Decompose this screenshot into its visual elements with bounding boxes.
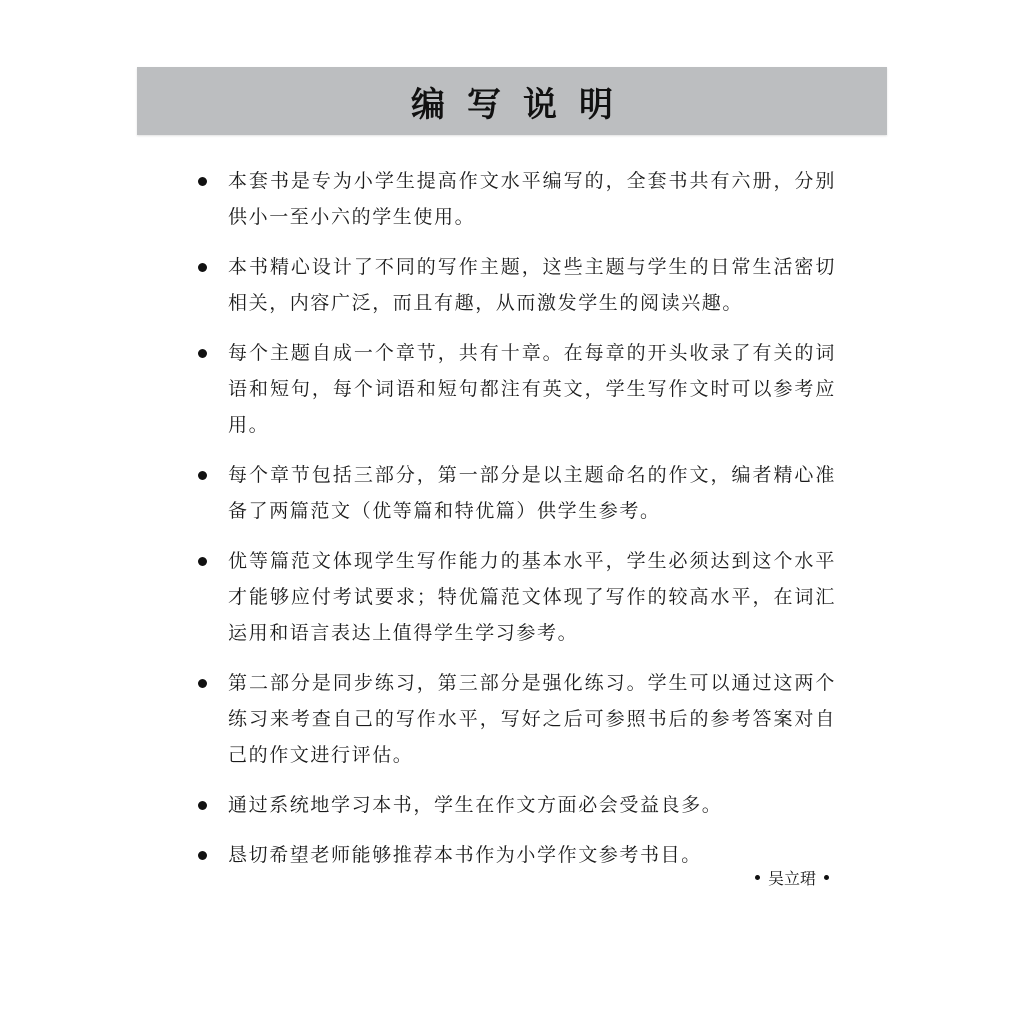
page-title: 编写说明	[411, 77, 635, 126]
list-item-text: 优等篇范文体现学生写作能力的基本水平，学生必须达到这个水平才能够应付考试要求；特…	[228, 550, 836, 644]
bullet-icon	[198, 679, 207, 688]
author-signature: 吴立珺	[755, 866, 829, 889]
list-item-text: 本书精心设计了不同的写作主题，这些主题与学生的日常生活密切相关，内容广泛，而且有…	[228, 256, 836, 314]
list-item: 本书精心设计了不同的写作主题，这些主题与学生的日常生活密切相关，内容广泛，而且有…	[196, 249, 836, 321]
dot-icon	[824, 875, 829, 880]
list-item-text: 恳切希望老师能够推荐本书作为小学作文参考书目。	[228, 844, 702, 866]
list-item: 每个章节包括三部分，第一部分是以主题命名的作文，编者精心准备了两篇范文（优等篇和…	[196, 457, 836, 529]
list-item: 第二部分是同步练习，第三部分是强化练习。学生可以通过这两个练习来考查自己的写作水…	[196, 665, 836, 773]
list-item-text: 本套书是专为小学生提高作文水平编写的，全套书共有六册，分别供小一至小六的学生使用…	[228, 170, 836, 228]
list-item: 通过系统地学习本书，学生在作文方面必会受益良多。	[196, 787, 836, 823]
list-item: 优等篇范文体现学生写作能力的基本水平，学生必须达到这个水平才能够应付考试要求；特…	[196, 543, 836, 651]
bullet-icon	[198, 557, 207, 566]
bullet-icon	[198, 471, 207, 480]
list-item: 本套书是专为小学生提高作文水平编写的，全套书共有六册，分别供小一至小六的学生使用…	[196, 163, 836, 235]
title-bar: 编写说明	[137, 67, 887, 135]
dot-icon	[755, 875, 760, 880]
list-item-text: 每个章节包括三部分，第一部分是以主题命名的作文，编者精心准备了两篇范文（优等篇和…	[228, 464, 836, 522]
list-item: 恳切希望老师能够推荐本书作为小学作文参考书目。	[196, 837, 836, 873]
bullet-icon	[198, 801, 207, 810]
list-item-text: 通过系统地学习本书，学生在作文方面必会受益良多。	[228, 794, 722, 816]
bullet-icon	[198, 851, 207, 860]
list-item-text: 每个主题自成一个章节，共有十章。在每章的开头收录了有关的词语和短句，每个词语和短…	[228, 342, 836, 436]
bullet-icon	[198, 263, 207, 272]
list-item-text: 第二部分是同步练习，第三部分是强化练习。学生可以通过这两个练习来考查自己的写作水…	[228, 672, 836, 766]
list-item: 每个主题自成一个章节，共有十章。在每章的开头收录了有关的词语和短句，每个词语和短…	[196, 335, 836, 443]
instruction-list: 本套书是专为小学生提高作文水平编写的，全套书共有六册，分别供小一至小六的学生使用…	[196, 163, 836, 887]
author-name: 吴立珺	[768, 866, 816, 889]
bullet-icon	[198, 177, 207, 186]
bullet-icon	[198, 349, 207, 358]
